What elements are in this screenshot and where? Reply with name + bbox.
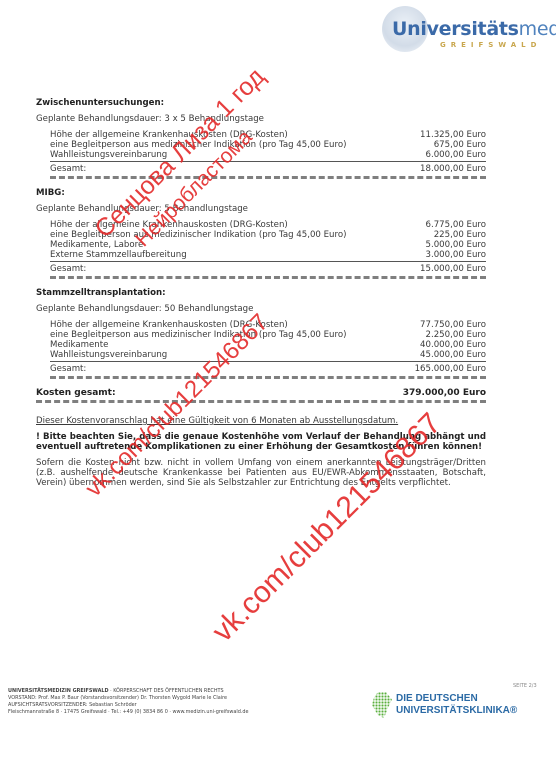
cost-amount: 6.775,00 Euro — [426, 220, 486, 230]
dk-line-2: UNIVERSITÄTSKLINIKA® — [396, 705, 517, 717]
cost-label: eine Begleitperson aus medizinischer Ind… — [50, 330, 346, 340]
section-total: Gesamt: 15.000,00 Euro — [50, 261, 486, 274]
cost-amount: 11.325,00 Euro — [420, 130, 486, 140]
footer-line-3: AUFSICHTSRATSVORSITZENDER: Sebastian Sch… — [8, 702, 308, 709]
cost-label: eine Begleitperson aus medizinischer Ind… — [50, 230, 346, 240]
total-amount: 165.000,00 Euro — [415, 364, 486, 374]
cost-row: Wahlleistungsvereinbarung 6.000,00 Euro — [50, 150, 486, 160]
footer-org: UNIVERSITÄTSMEDIZIN GREIFSWALD — [8, 688, 109, 694]
cost-row: Medikamente, Labore 5.000,00 Euro — [50, 240, 486, 250]
footer-address: UNIVERSITÄTSMEDIZIN GREIFSWALD · KÖRPERS… — [8, 688, 308, 716]
cost-amount: 5.000,00 Euro — [426, 240, 486, 250]
page-number: SEITE 2/3 — [513, 683, 537, 689]
total-label: Gesamt: — [50, 264, 86, 274]
total-label: Gesamt: — [50, 164, 86, 174]
total-label: Gesamt: — [50, 364, 86, 374]
section-total: Gesamt: 165.000,00 Euro — [50, 361, 486, 374]
section-title: MIBG: — [36, 188, 486, 198]
cost-row: Externe Stammzellaufbereitung 3.000,00 E… — [50, 250, 486, 260]
cost-amount: 3.000,00 Euro — [426, 250, 486, 260]
university-logo: Universitätsmedizin GREIFSWALD — [392, 8, 552, 52]
cost-label: Medikamente, Labore — [50, 240, 143, 250]
dk-logo: DIE DEUTSCHEN UNIVERSITÄTSKLINIKA® — [372, 692, 522, 722]
total-amount: 15.000,00 Euro — [420, 264, 486, 274]
cost-row: eine Begleitperson aus medizinischer Ind… — [50, 140, 486, 150]
divider — [50, 276, 486, 282]
cost-row: Medikamente 40.000,00 Euro — [50, 340, 486, 350]
divider — [36, 400, 486, 406]
footer-line-2: VORSTAND: Prof. Max P. Baur (Vorstandsvo… — [8, 695, 308, 702]
grand-total-amount: 379.000,00 Euro — [403, 388, 486, 398]
logo-thin: medizin — [519, 18, 556, 40]
grand-total-label: Kosten gesamt: — [36, 388, 116, 398]
cost-amount: 40.000,00 Euro — [420, 340, 486, 350]
cost-label: Wahlleistungsvereinbarung — [50, 150, 167, 160]
section-title: Zwischenuntersuchungen: — [36, 98, 486, 108]
cost-label: Wahlleistungsvereinbarung — [50, 350, 167, 360]
cost-amount: 675,00 Euro — [434, 140, 486, 150]
dk-line-1: DIE DEUTSCHEN — [396, 693, 517, 705]
logo-bold: Universitäts — [392, 18, 519, 40]
cost-amount: 45.000,00 Euro — [420, 350, 486, 360]
section-duration: Geplante Behandlungsdauer: 50 Behandlung… — [36, 304, 486, 314]
cost-row: Höhe der allgemeine Krankenhauskosten (D… — [50, 130, 486, 140]
section-title: Stammzelltransplantation: — [36, 288, 486, 298]
section-total: Gesamt: 18.000,00 Euro — [50, 161, 486, 174]
total-amount: 18.000,00 Euro — [420, 164, 486, 174]
cost-label: Externe Stammzellaufbereitung — [50, 250, 187, 260]
cost-label: Medikamente — [50, 340, 108, 350]
divider — [50, 176, 486, 182]
divider — [50, 376, 486, 382]
cost-items: Höhe der allgemeine Krankenhauskosten (D… — [50, 130, 486, 160]
grand-total: Kosten gesamt: 379.000,00 Euro — [36, 388, 486, 398]
footer-org-type: · KÖRPERSCHAFT DES ÖFFENTLICHEN RECHTS — [109, 688, 224, 694]
footer-line-1: UNIVERSITÄTSMEDIZIN GREIFSWALD · KÖRPERS… — [8, 688, 308, 695]
dk-wordmark: DIE DEUTSCHEN UNIVERSITÄTSKLINIKA® — [396, 693, 517, 717]
cost-amount: 2.250,00 Euro — [426, 330, 486, 340]
cost-amount: 77.750,00 Euro — [420, 320, 486, 330]
germany-map-icon — [372, 692, 392, 718]
cost-row: Wahlleistungsvereinbarung 45.000,00 Euro — [50, 350, 486, 360]
cost-section: Zwischenuntersuchungen: Geplante Behandl… — [36, 98, 486, 182]
logo-wordmark: Universitätsmedizin — [392, 18, 556, 40]
cost-amount: 225,00 Euro — [434, 230, 486, 240]
cost-amount: 6.000,00 Euro — [426, 150, 486, 160]
footer-line-4: Fleischmannstraße 8 · 17475 Greifswald ·… — [8, 709, 308, 716]
section-duration: Geplante Behandlungsdauer: 3 x 5 Behandl… — [36, 114, 486, 124]
logo-subtitle: GREIFSWALD — [440, 41, 541, 49]
